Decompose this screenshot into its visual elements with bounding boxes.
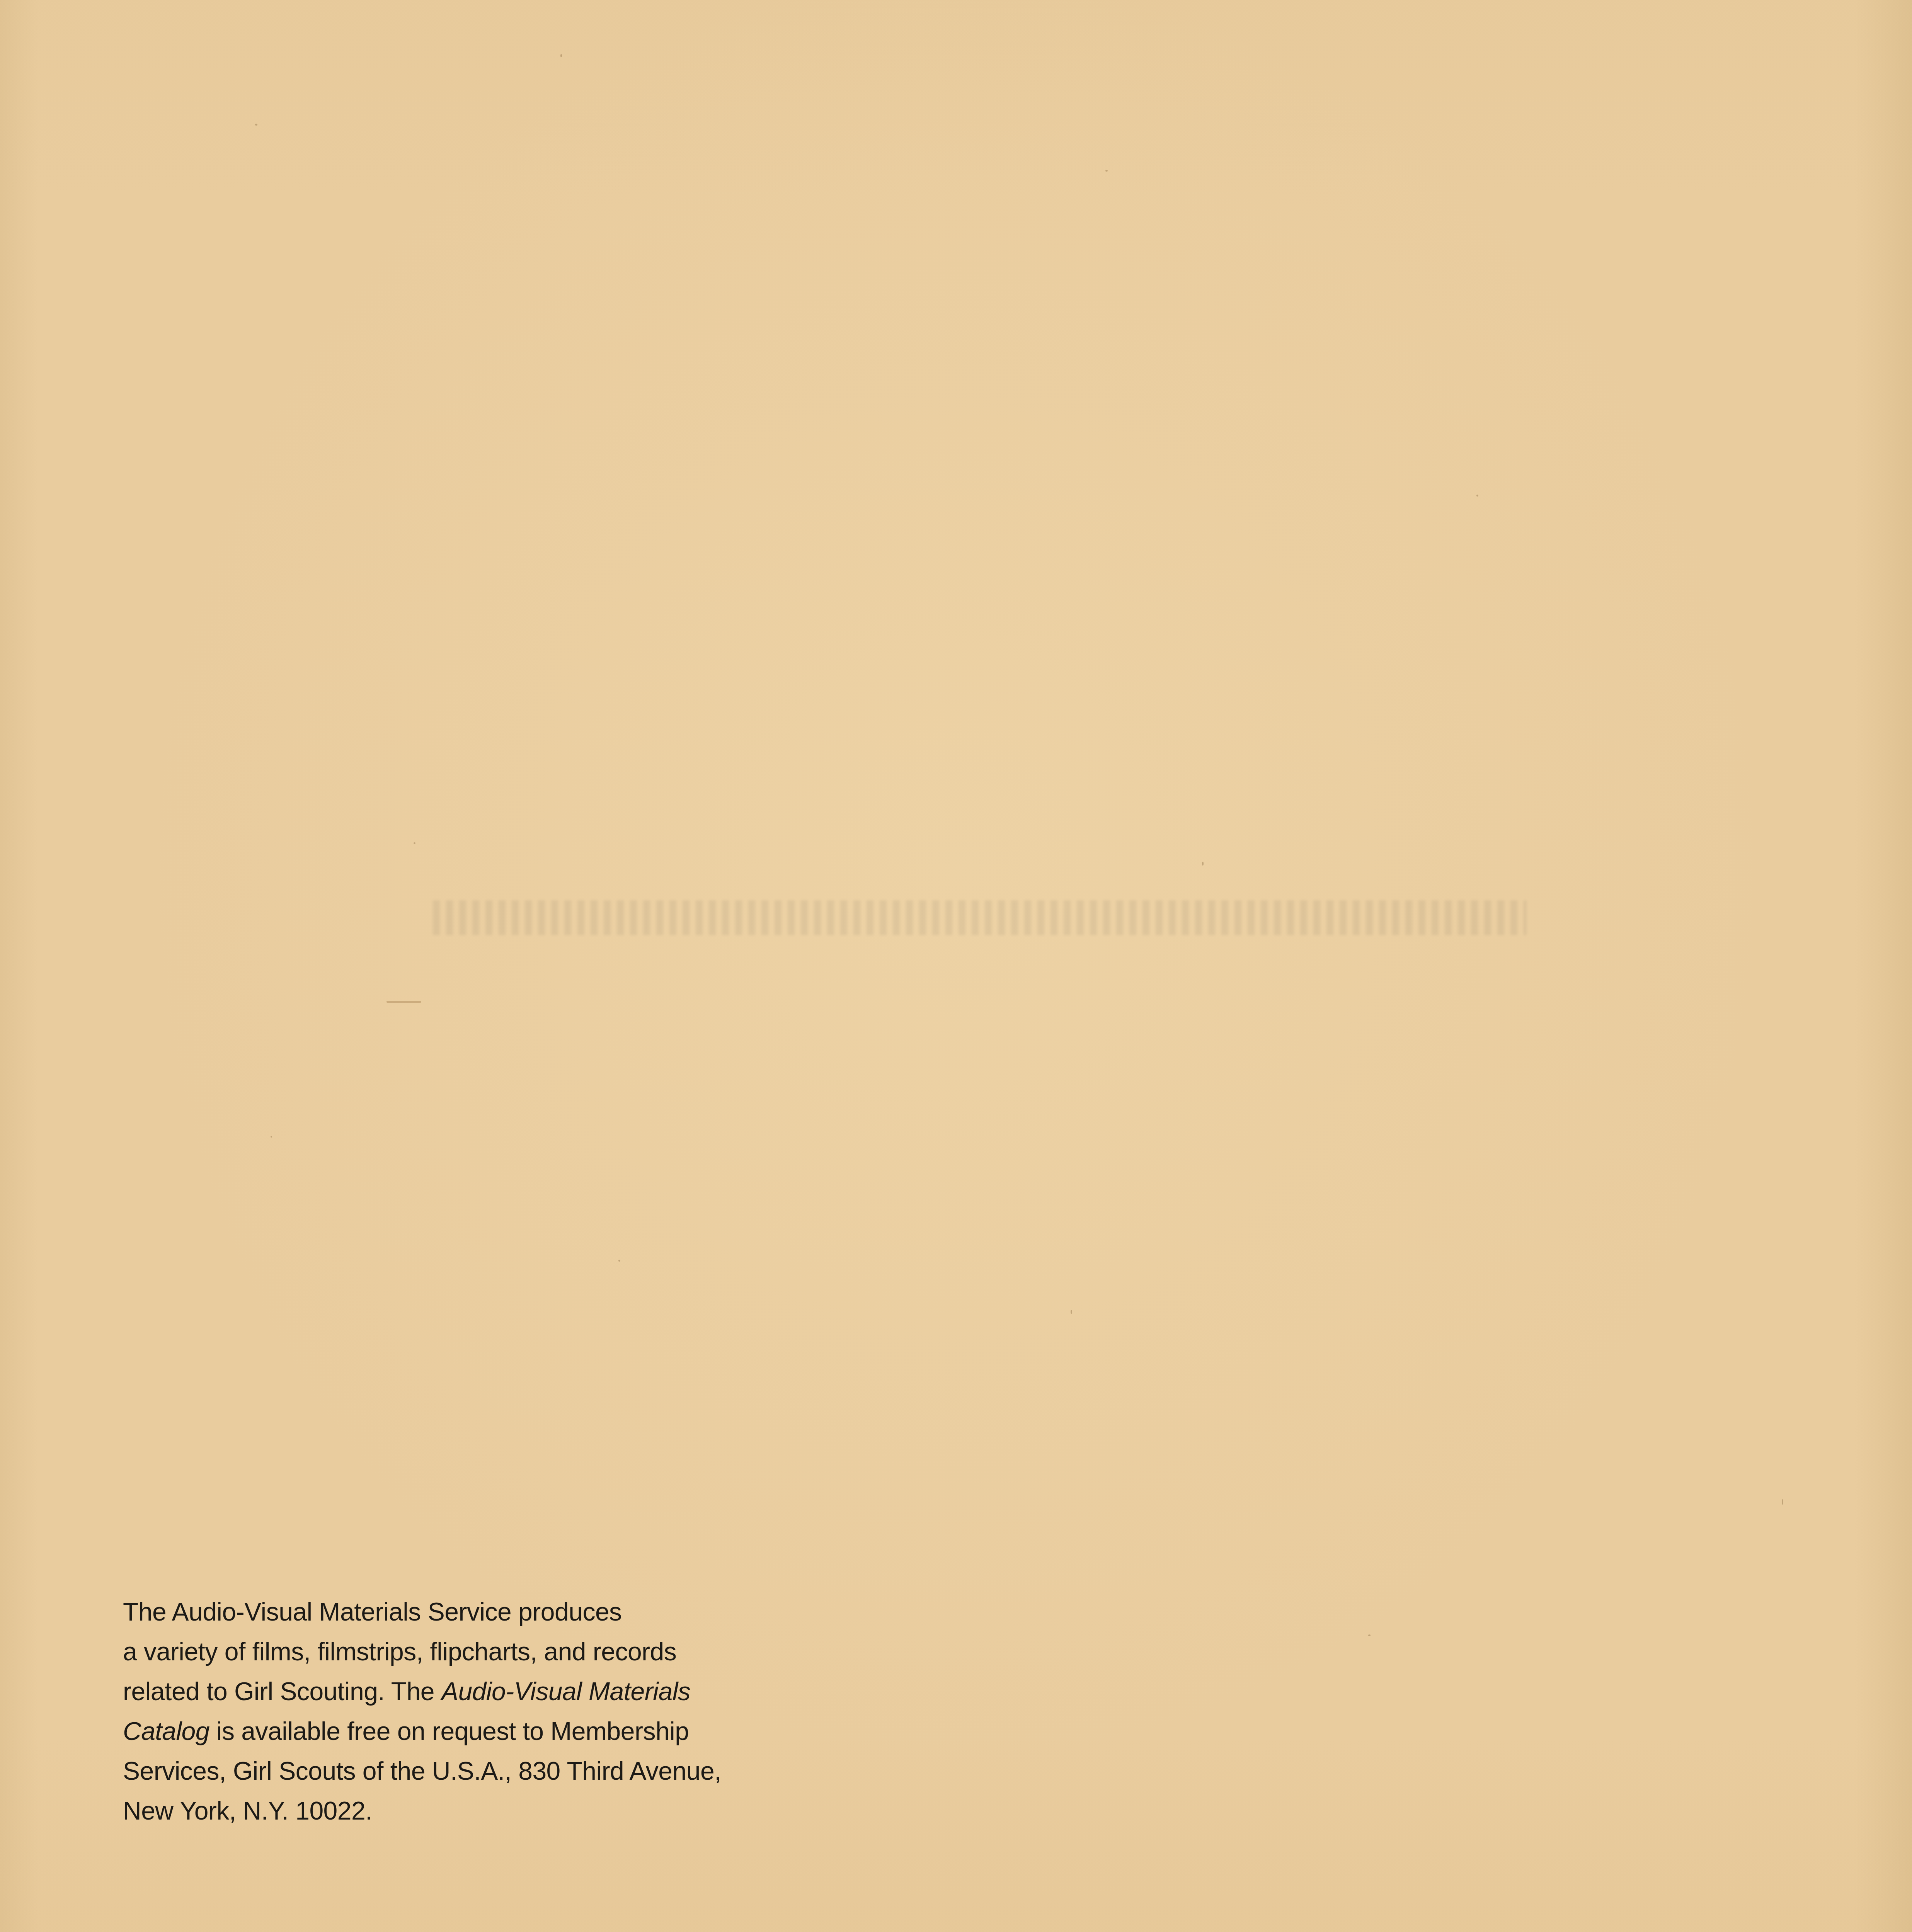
notice-line-2: a variety of films, filmstrips, flipchar… [123, 1632, 915, 1672]
reverse-side-show-through [433, 900, 1527, 935]
back-cover-page: The Audio-Visual Materials Service produ… [0, 0, 1912, 1932]
paper-fleck [1202, 862, 1204, 866]
paper-fleck [386, 1001, 421, 1003]
notice-line-6: New York, N.Y. 10022. [123, 1791, 915, 1831]
notice-line-5: Services, Girl Scouts of the U.S.A., 830… [123, 1751, 915, 1791]
paper-fleck [618, 1260, 620, 1262]
paper-fleck [1071, 1310, 1072, 1314]
paper-fleck [255, 124, 257, 126]
paper-fleck [1476, 495, 1478, 497]
catalog-title-part-2: Catalog [123, 1717, 209, 1745]
notice-line-1: The Audio-Visual Materials Service produ… [123, 1592, 915, 1632]
paper-fleck [414, 842, 415, 844]
paper-fleck [1368, 1634, 1371, 1636]
notice-line-3: related to Girl Scouting. The Audio-Visu… [123, 1672, 915, 1711]
notice-line-4-text: is available free on request to Membersh… [209, 1717, 689, 1745]
notice-line-4: Catalog is available free on request to … [123, 1711, 915, 1751]
paper-fleck [1105, 170, 1108, 172]
paper-fleck [560, 54, 562, 57]
notice-line-3-text: related to Girl Scouting. The [123, 1677, 441, 1706]
paper-fleck [1782, 1499, 1783, 1505]
paper-fleck [271, 1136, 272, 1138]
audio-visual-catalog-notice: The Audio-Visual Materials Service produ… [123, 1592, 915, 1831]
catalog-title-part-1: Audio-Visual Materials [441, 1677, 690, 1706]
